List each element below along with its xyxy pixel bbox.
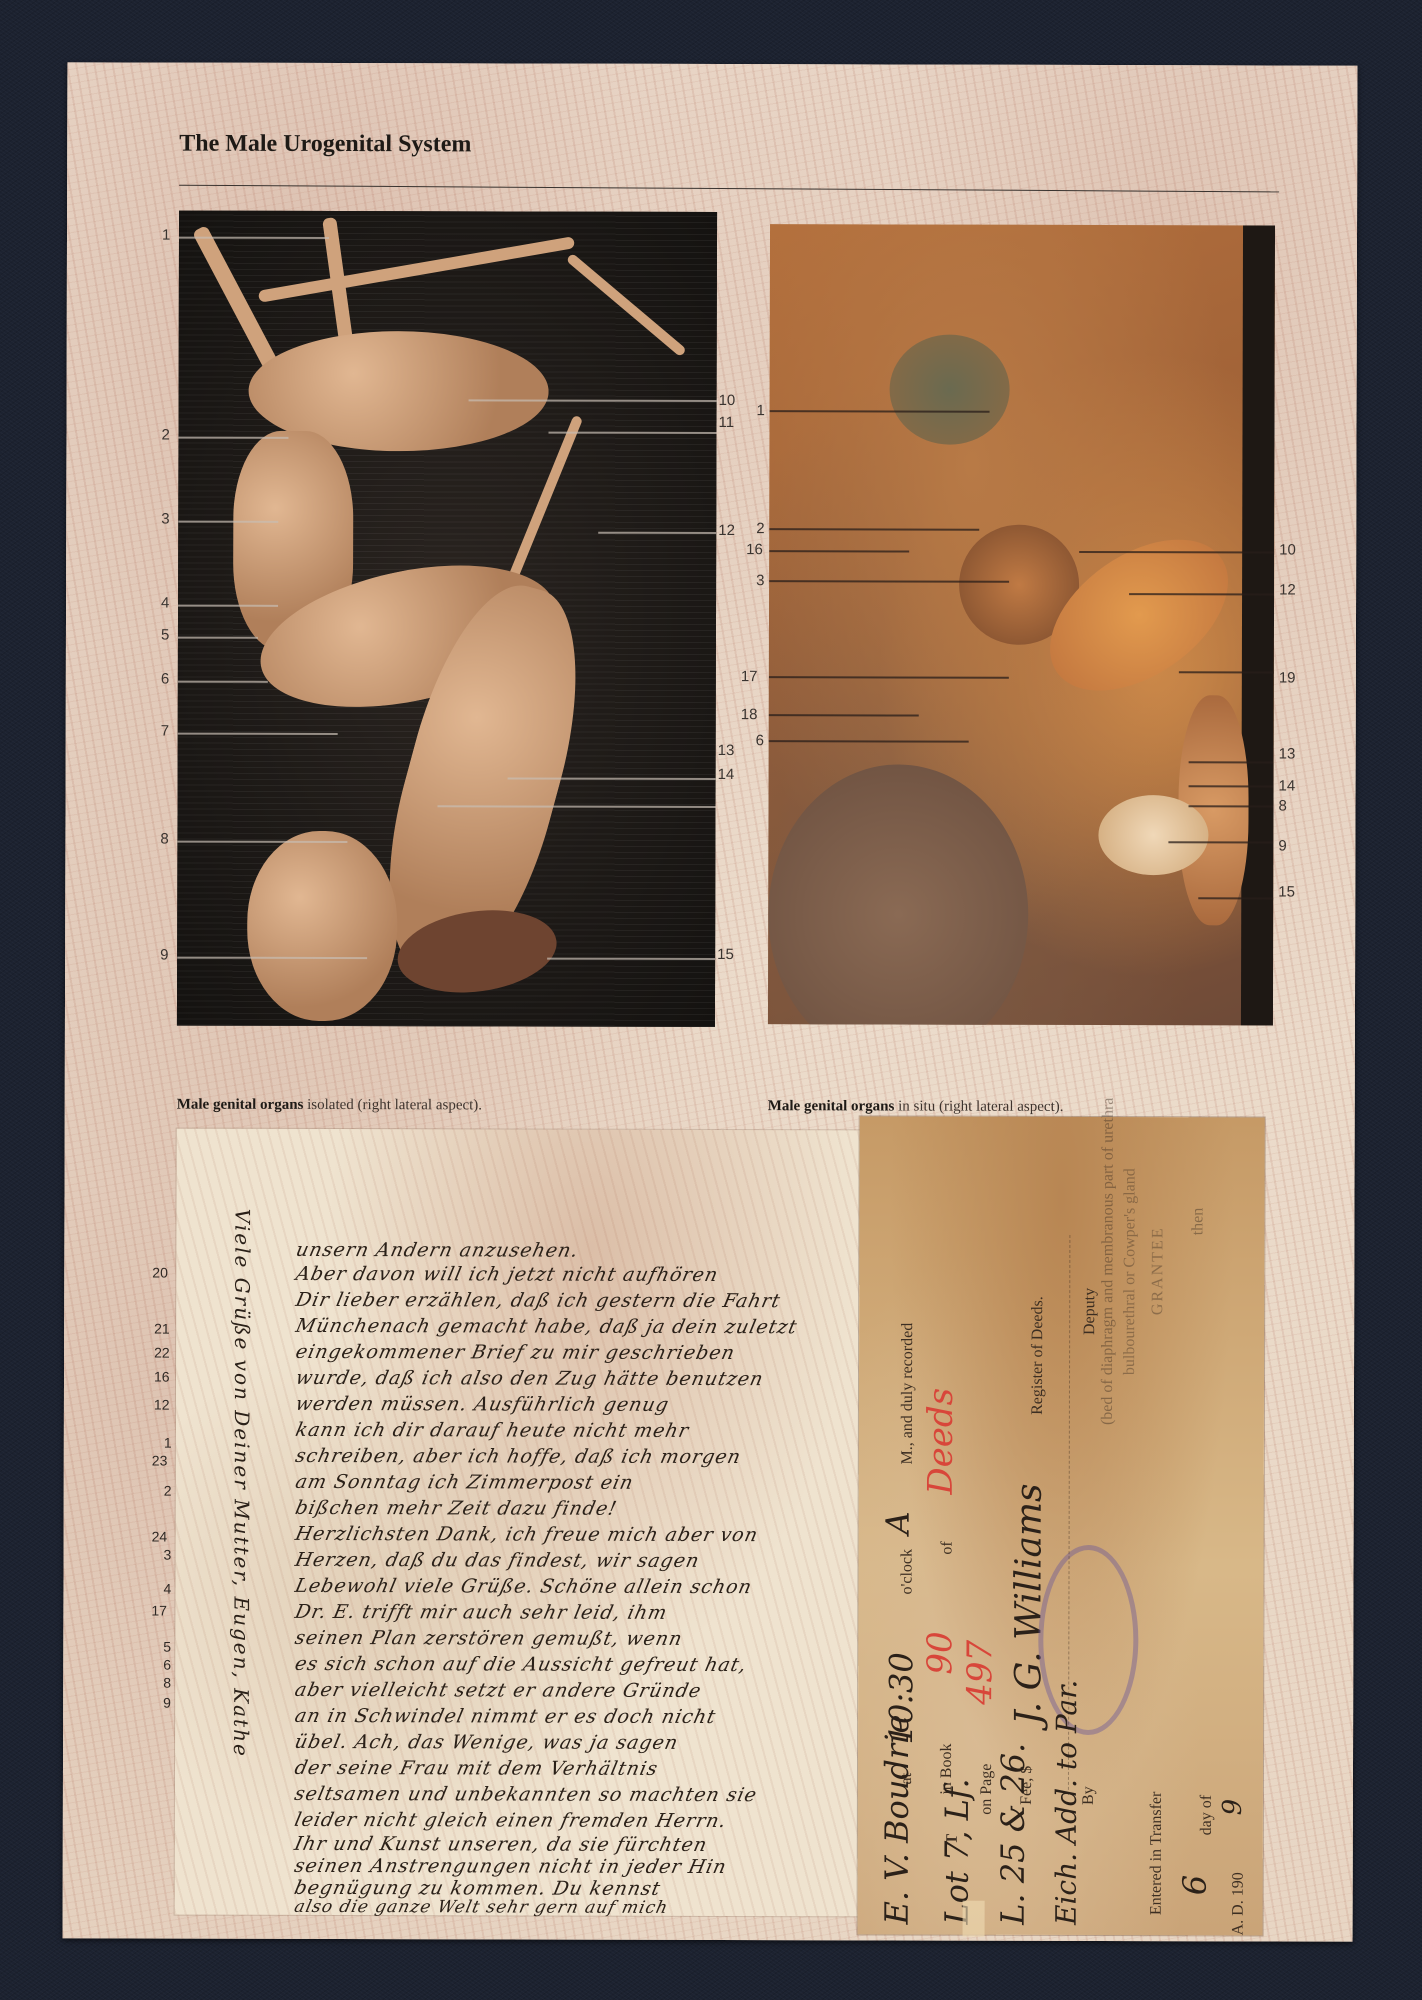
- leader-line: [769, 676, 1009, 679]
- label-number: 21: [154, 1321, 170, 1337]
- leader-line: [1189, 805, 1274, 807]
- label-number: 13: [718, 742, 735, 759]
- card-label-register: Register of Deeds.: [1029, 1296, 1047, 1415]
- title-rule: [179, 185, 1279, 193]
- label-number: 6: [161, 671, 169, 688]
- label-number: 17: [151, 1603, 167, 1619]
- leader-line: [770, 410, 990, 413]
- card-faint-text: GRANTEE: [1149, 1226, 1167, 1315]
- label-number: 23: [152, 1453, 168, 1469]
- label-number: 3: [164, 1547, 172, 1563]
- label-number: 14: [1279, 777, 1296, 794]
- letter-line: eingekommener Brief zu mir geschrieben: [294, 1341, 738, 1364]
- letter-line: am Sonntag ich Zimmerpost ein: [293, 1471, 635, 1494]
- label-number: 9: [163, 1695, 171, 1711]
- label-number: 6: [163, 1657, 171, 1673]
- letter-line: Dr. E. trifft mir auch sehr leid, ihm: [293, 1601, 670, 1624]
- leader-line: [1189, 785, 1274, 787]
- card-red-book-type: Deeds: [921, 1388, 961, 1495]
- label-number: 7: [161, 723, 169, 740]
- deed-card-rotated-content: M., and duly recorded o'clock at 10:30 A…: [858, 1116, 1265, 1935]
- letter-line: unsern Andern anzusehen.: [294, 1239, 581, 1262]
- card-label-ad: A. D. 190: [1230, 1872, 1248, 1935]
- letter-vertical-greeting: Viele Grüße von Deiner Mutter, Eugen, Ka…: [229, 1209, 254, 1758]
- label-number: 12: [1279, 581, 1296, 598]
- label-number: 10: [1279, 541, 1296, 558]
- label-number: 9: [1278, 837, 1286, 854]
- letter-line: seinen Plan zerstören gemußt, wenn: [293, 1627, 685, 1650]
- leader-line: [177, 957, 367, 959]
- card-label-day-of: day of: [1198, 1795, 1216, 1835]
- letter-line: Ihr und Kunst unseren, da sie fürchten: [292, 1833, 709, 1856]
- label-number: 15: [717, 946, 734, 963]
- figure-caption-in-situ: Male genital organs in situ (right later…: [768, 1098, 1064, 1116]
- tape-strip: [963, 1901, 985, 1937]
- anatomy-photo-isolated: [177, 211, 717, 1027]
- label-number: 5: [163, 1639, 171, 1655]
- leader-line: [178, 681, 268, 683]
- leader-line: [1198, 897, 1273, 899]
- label-number: 18: [741, 706, 758, 723]
- label-number: 17: [741, 668, 758, 685]
- label-number: 2: [161, 427, 169, 444]
- card-label-of: of: [939, 1541, 957, 1554]
- leader-line: [1079, 551, 1274, 554]
- label-number: 22: [154, 1345, 170, 1361]
- card-handwritten-mark: 9: [1218, 1799, 1248, 1816]
- label-number: 13: [1279, 745, 1296, 762]
- letter-line: Münchenach gemacht habe, daß ja dein zul…: [294, 1315, 800, 1338]
- leader-line: [178, 733, 338, 735]
- vas-deferens-shape: [258, 236, 575, 303]
- label-number: 1: [757, 402, 765, 419]
- figure-caption-isolated: Male genital organs isolated (right late…: [177, 1097, 482, 1115]
- letter-line: bißchen mehr Zeit dazu finde!: [293, 1497, 619, 1520]
- letter-line: Aber davon will ich jetzt nicht aufhören: [294, 1263, 721, 1286]
- label-number: 24: [152, 1529, 168, 1545]
- letter-line: Dir lieber erzählen, daß ich gestern die…: [294, 1289, 783, 1312]
- label-number: 4: [161, 595, 169, 612]
- card-handwritten-day: 6: [1176, 1875, 1214, 1895]
- caption-text: in situ (right lateral aspect).: [894, 1098, 1063, 1114]
- label-number: 20: [152, 1265, 168, 1281]
- letter-line: seltsamen und unbekannten so machten sie: [293, 1783, 760, 1806]
- testis-shape: [247, 831, 397, 1021]
- label-number: 2: [164, 1483, 172, 1499]
- letter-line: schreiben, aber ich hoffe, daß ich morge…: [293, 1445, 743, 1468]
- card-red-book-number: 90: [920, 1631, 960, 1674]
- card-handwritten-name: E. V. Boudrie: [878, 1715, 917, 1925]
- letter-line: Herzlichsten Dank, ich freue mich aber v…: [293, 1523, 760, 1546]
- label-number: 8: [160, 831, 168, 848]
- label-number: 16: [746, 541, 763, 558]
- label-number: 11: [718, 414, 734, 431]
- label-number: 19: [1279, 669, 1296, 686]
- vas-deferens-loop: [566, 253, 687, 357]
- leader-line: [178, 605, 278, 607]
- label-number: 8: [163, 1675, 171, 1691]
- label-number: 15: [1278, 883, 1295, 900]
- letter-line: wurde, daß ich also den Zug hätte benutz…: [294, 1367, 766, 1390]
- leader-line: [177, 841, 347, 843]
- pelvic-cavity-shape: [889, 334, 1009, 444]
- label-number: 16: [154, 1369, 170, 1385]
- label-number: 9: [160, 947, 168, 964]
- photo-dark-border: [1241, 225, 1275, 1025]
- leader-line: [178, 521, 278, 523]
- leader-line: [1129, 593, 1274, 595]
- letter-line: an in Schwindel nimmt er es doch nicht: [293, 1705, 718, 1728]
- label-number: 1: [164, 1435, 172, 1451]
- letter-line: also die ganze Welt sehr gern auf mich: [292, 1897, 670, 1918]
- label-number: 14: [718, 766, 735, 783]
- card-label-entered-transfer: Entered in Transfer: [1148, 1792, 1166, 1916]
- thigh-shape: [768, 764, 1029, 1025]
- collage-sheet: The Male Urogenital System 1 2 3 4 5 6: [63, 62, 1358, 1941]
- leader-line: [1168, 841, 1273, 843]
- leader-line: [769, 714, 919, 716]
- letter-line: Lebewohl viele Grüße. Schöne allein scho…: [293, 1575, 754, 1598]
- leader-line: [548, 432, 716, 434]
- leader-line: [769, 528, 979, 531]
- leader-line: [547, 958, 715, 960]
- card-label-oclock: o'clock: [898, 1549, 916, 1595]
- label-number: 2: [756, 520, 764, 537]
- label-number: 3: [161, 511, 169, 528]
- page-title: The Male Urogenital System: [179, 131, 471, 159]
- handwritten-letter: Viele Grüße von Deiner Mutter, Eugen, Ka…: [175, 1129, 869, 1917]
- label-number: 12: [718, 522, 735, 539]
- letter-line: übel. Ach, das Wenige, was ja sagen: [293, 1731, 681, 1754]
- leader-line: [769, 740, 969, 743]
- letter-line: aber vielleicht setzt er andere Gründe: [293, 1679, 704, 1702]
- label-number: 4: [163, 1581, 171, 1597]
- card-faint-text: bulbourethral or Cowper's gland: [1121, 1168, 1140, 1375]
- leader-line: [178, 637, 258, 639]
- label-number: 1: [162, 227, 170, 244]
- letter-line: Herzen, daß du das findest, wir sagen: [293, 1549, 702, 1572]
- leader-line: [1179, 671, 1274, 673]
- label-number: 12: [154, 1397, 170, 1413]
- label-number: 8: [1278, 797, 1286, 814]
- leader-line: [1189, 761, 1274, 763]
- card-handwritten-addition: Eich. Add. to Par.: [1050, 1680, 1084, 1925]
- label-number: 6: [756, 732, 764, 749]
- deed-record-card: M., and duly recorded o'clock at 10:30 A…: [858, 1116, 1265, 1935]
- leader-line: [179, 237, 329, 239]
- letter-line: der seine Frau mit dem Verhältnis: [293, 1757, 661, 1780]
- label-number: 3: [756, 572, 764, 589]
- leader-line: [598, 532, 716, 534]
- letter-line: es sich schon auf die Aussicht gefreut h…: [293, 1653, 749, 1676]
- letter-line: werden müssen. Ausführlich genug: [294, 1393, 672, 1416]
- leader-line: [178, 437, 288, 439]
- letter-line: leider nicht gleich einen fremden Herrn.: [292, 1809, 728, 1832]
- label-number: 10: [719, 392, 736, 409]
- card-faint-text: then: [1189, 1208, 1207, 1236]
- anatomy-photo-in-situ: [768, 224, 1275, 1025]
- card-handwritten-am: A: [879, 1511, 917, 1534]
- letter-line: kann ich dir darauf heute nicht mehr: [294, 1419, 692, 1442]
- card-faint-text: (bed of diaphragm and membranous part of…: [1099, 1098, 1118, 1425]
- caption-text: isolated (right lateral aspect).: [303, 1097, 482, 1113]
- caption-bold: Male genital organs: [768, 1098, 895, 1114]
- card-handwritten-block: L. 25 & 26.: [994, 1743, 1032, 1925]
- caption-bold: Male genital organs: [177, 1097, 304, 1113]
- card-label-deputy: Deputy: [1081, 1288, 1099, 1335]
- label-number: 5: [161, 627, 169, 644]
- leader-line: [769, 550, 909, 552]
- card-red-page-number: 497: [960, 1640, 1000, 1705]
- letter-line: seinen Anstrengungen nicht in jeder Hin: [292, 1855, 729, 1878]
- leader-line: [769, 580, 1009, 583]
- card-label-m-duly-recorded: M., and duly recorded: [899, 1323, 917, 1465]
